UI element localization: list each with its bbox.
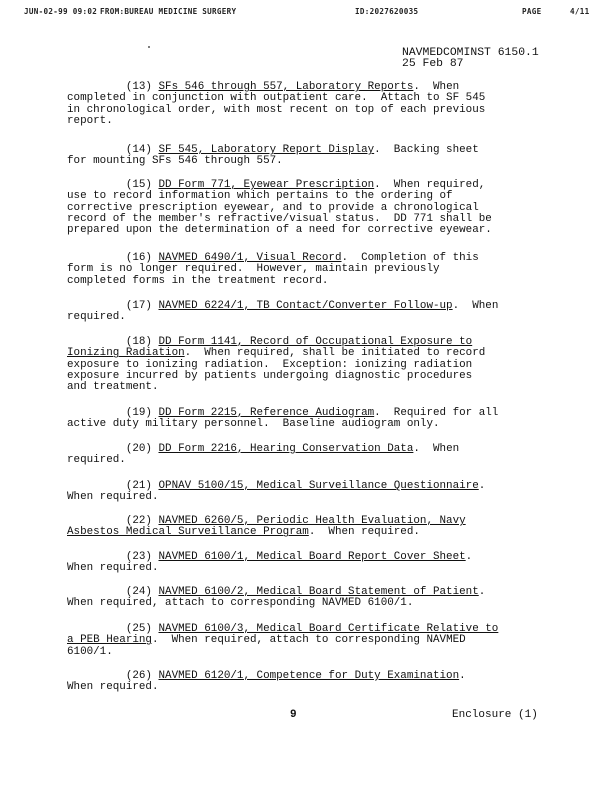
item-text: . Completion of this [342,252,479,264]
item-description: exposure to ionizing radiation. Exceptio… [67,359,472,394]
form-item: (20) DD Form 2216, Hearing Conservation … [67,444,557,467]
form-item: (17) NAVMED 6224/1, TB Contact/Converter… [67,301,557,324]
item-text: . [459,670,466,682]
page-number: 9 [290,709,297,721]
item-number: (24) [67,586,159,598]
fax-page-label: PAGE [522,7,542,16]
item-text: . [479,586,486,598]
item-number: (14) [67,144,159,156]
item-text: . When required, shall be initiated to r… [185,347,486,359]
item-number: (15) [67,179,159,191]
form-item: (23) NAVMED 6100/1, Medical Board Report… [67,552,557,575]
item-text: . When required. [309,526,420,538]
item-description: When required. [67,491,159,503]
form-item: (14) SF 545, Laboratory Report Display. … [67,145,557,168]
item-number: (19) [67,407,159,419]
fax-page-value: 4/11 [570,7,590,16]
item-form-title: NAVMED 6100/2, Medical Board Statement o… [159,586,479,598]
item-number: (23) [67,551,159,563]
fax-id: ID:2027620035 [355,7,418,16]
item-description: form is no longer required. However, mai… [67,263,440,286]
item-form-title: OPNAV 5100/15, Medical Surveillance Ques… [159,480,479,492]
item-form-title: NAVMED 6260/5, Periodic Health Evaluatio… [159,515,466,527]
item-description: required. [67,454,126,466]
scan-speck [148,46,150,48]
document-identifier: NAVMEDCOMINST 6150.1 25 Feb 87 [402,48,539,70]
form-item: (25) NAVMED 6100/3, Medical Board Certif… [67,624,557,658]
item-form-title: NAVMED 6100/1, Medical Board Report Cove… [159,551,466,563]
item-form-title-cont: Ionizing Radiation [67,347,185,359]
form-item: (15) DD Form 771, Eyewear Prescription. … [67,180,557,236]
item-text: . Required for all [374,407,498,419]
item-form-title: DD Form 2216, Hearing Conservation Data [159,443,414,455]
item-form-title-cont: a PEB Hearing [67,634,152,646]
item-description: When required. [67,681,159,693]
item-text: . When [413,443,459,455]
form-item: (22) NAVMED 6260/5, Periodic Health Eval… [67,516,557,539]
item-form-title: NAVMED 6100/3, Medical Board Certificate… [159,623,499,635]
item-text: . [466,551,473,563]
item-description: 6100/1. [67,646,113,658]
item-description: When required, attach to corresponding N… [67,597,413,609]
item-number: (25) [67,623,159,635]
form-item: (19) DD Form 2215, Reference Audiogram. … [67,408,557,431]
item-text: . When required, [374,179,485,191]
item-form-title: NAVMED 6224/1, TB Contact/Converter Foll… [159,300,453,312]
item-form-title: DD Form 2215, Reference Audiogram [159,407,375,419]
item-form-title: NAVMED 6120/1, Competence for Duty Exami… [159,670,460,682]
item-form-title: SFs 546 through 557, Laboratory Reports [159,81,414,93]
item-description: completed in conjunction with outpatient… [67,92,485,127]
item-form-title: DD Form 771, Eyewear Prescription [159,179,375,191]
enclosure-label: Enclosure (1) [452,709,538,721]
item-text: . When [453,300,499,312]
form-item: (18) DD Form 1141, Record of Occupationa… [67,337,557,393]
item-number: (13) [67,81,159,93]
item-number: (18) [67,336,159,348]
form-item: (13) SFs 546 through 557, Laboratory Rep… [67,82,557,127]
item-number: (21) [67,480,159,492]
item-number: (16) [67,252,159,264]
form-item: (16) NAVMED 6490/1, Visual Record. Compl… [67,253,557,287]
item-description: active duty military personnel. Baseline… [67,418,440,430]
fax-header: JUN-02-99 09:02 FROM:BUREAU MEDICINE SUR… [20,7,595,19]
item-text: . When [413,81,459,93]
item-form-title-cont: Asbestos Medical Surveillance Program [67,526,309,538]
item-text: . Backing sheet [374,144,479,156]
fax-timestamp: JUN-02-99 09:02 [24,7,97,16]
form-item: (26) NAVMED 6120/1, Competence for Duty … [67,671,557,694]
item-text: . [479,480,486,492]
item-text: . When required, attach to corresponding… [152,634,466,646]
document-date: 25 Feb 87 [402,59,539,70]
item-description: for mounting SFs 546 through 557. [67,155,283,167]
fax-from: FROM:BUREAU MEDICINE SURGERY [100,7,236,16]
item-number: (17) [67,300,159,312]
item-form-title: DD Form 1141, Record of Occupational Exp… [159,336,473,348]
form-item: (21) OPNAV 5100/15, Medical Surveillance… [67,481,557,504]
item-number: (22) [67,515,159,527]
item-form-title: SF 545, Laboratory Report Display [159,144,375,156]
item-number: (20) [67,443,159,455]
item-form-title: NAVMED 6490/1, Visual Record [159,252,342,264]
item-description: use to record information which pertains… [67,190,492,236]
item-description: When required. [67,562,159,574]
form-item: (24) NAVMED 6100/2, Medical Board Statem… [67,587,557,610]
item-number: (26) [67,670,159,682]
item-description: required. [67,311,126,323]
